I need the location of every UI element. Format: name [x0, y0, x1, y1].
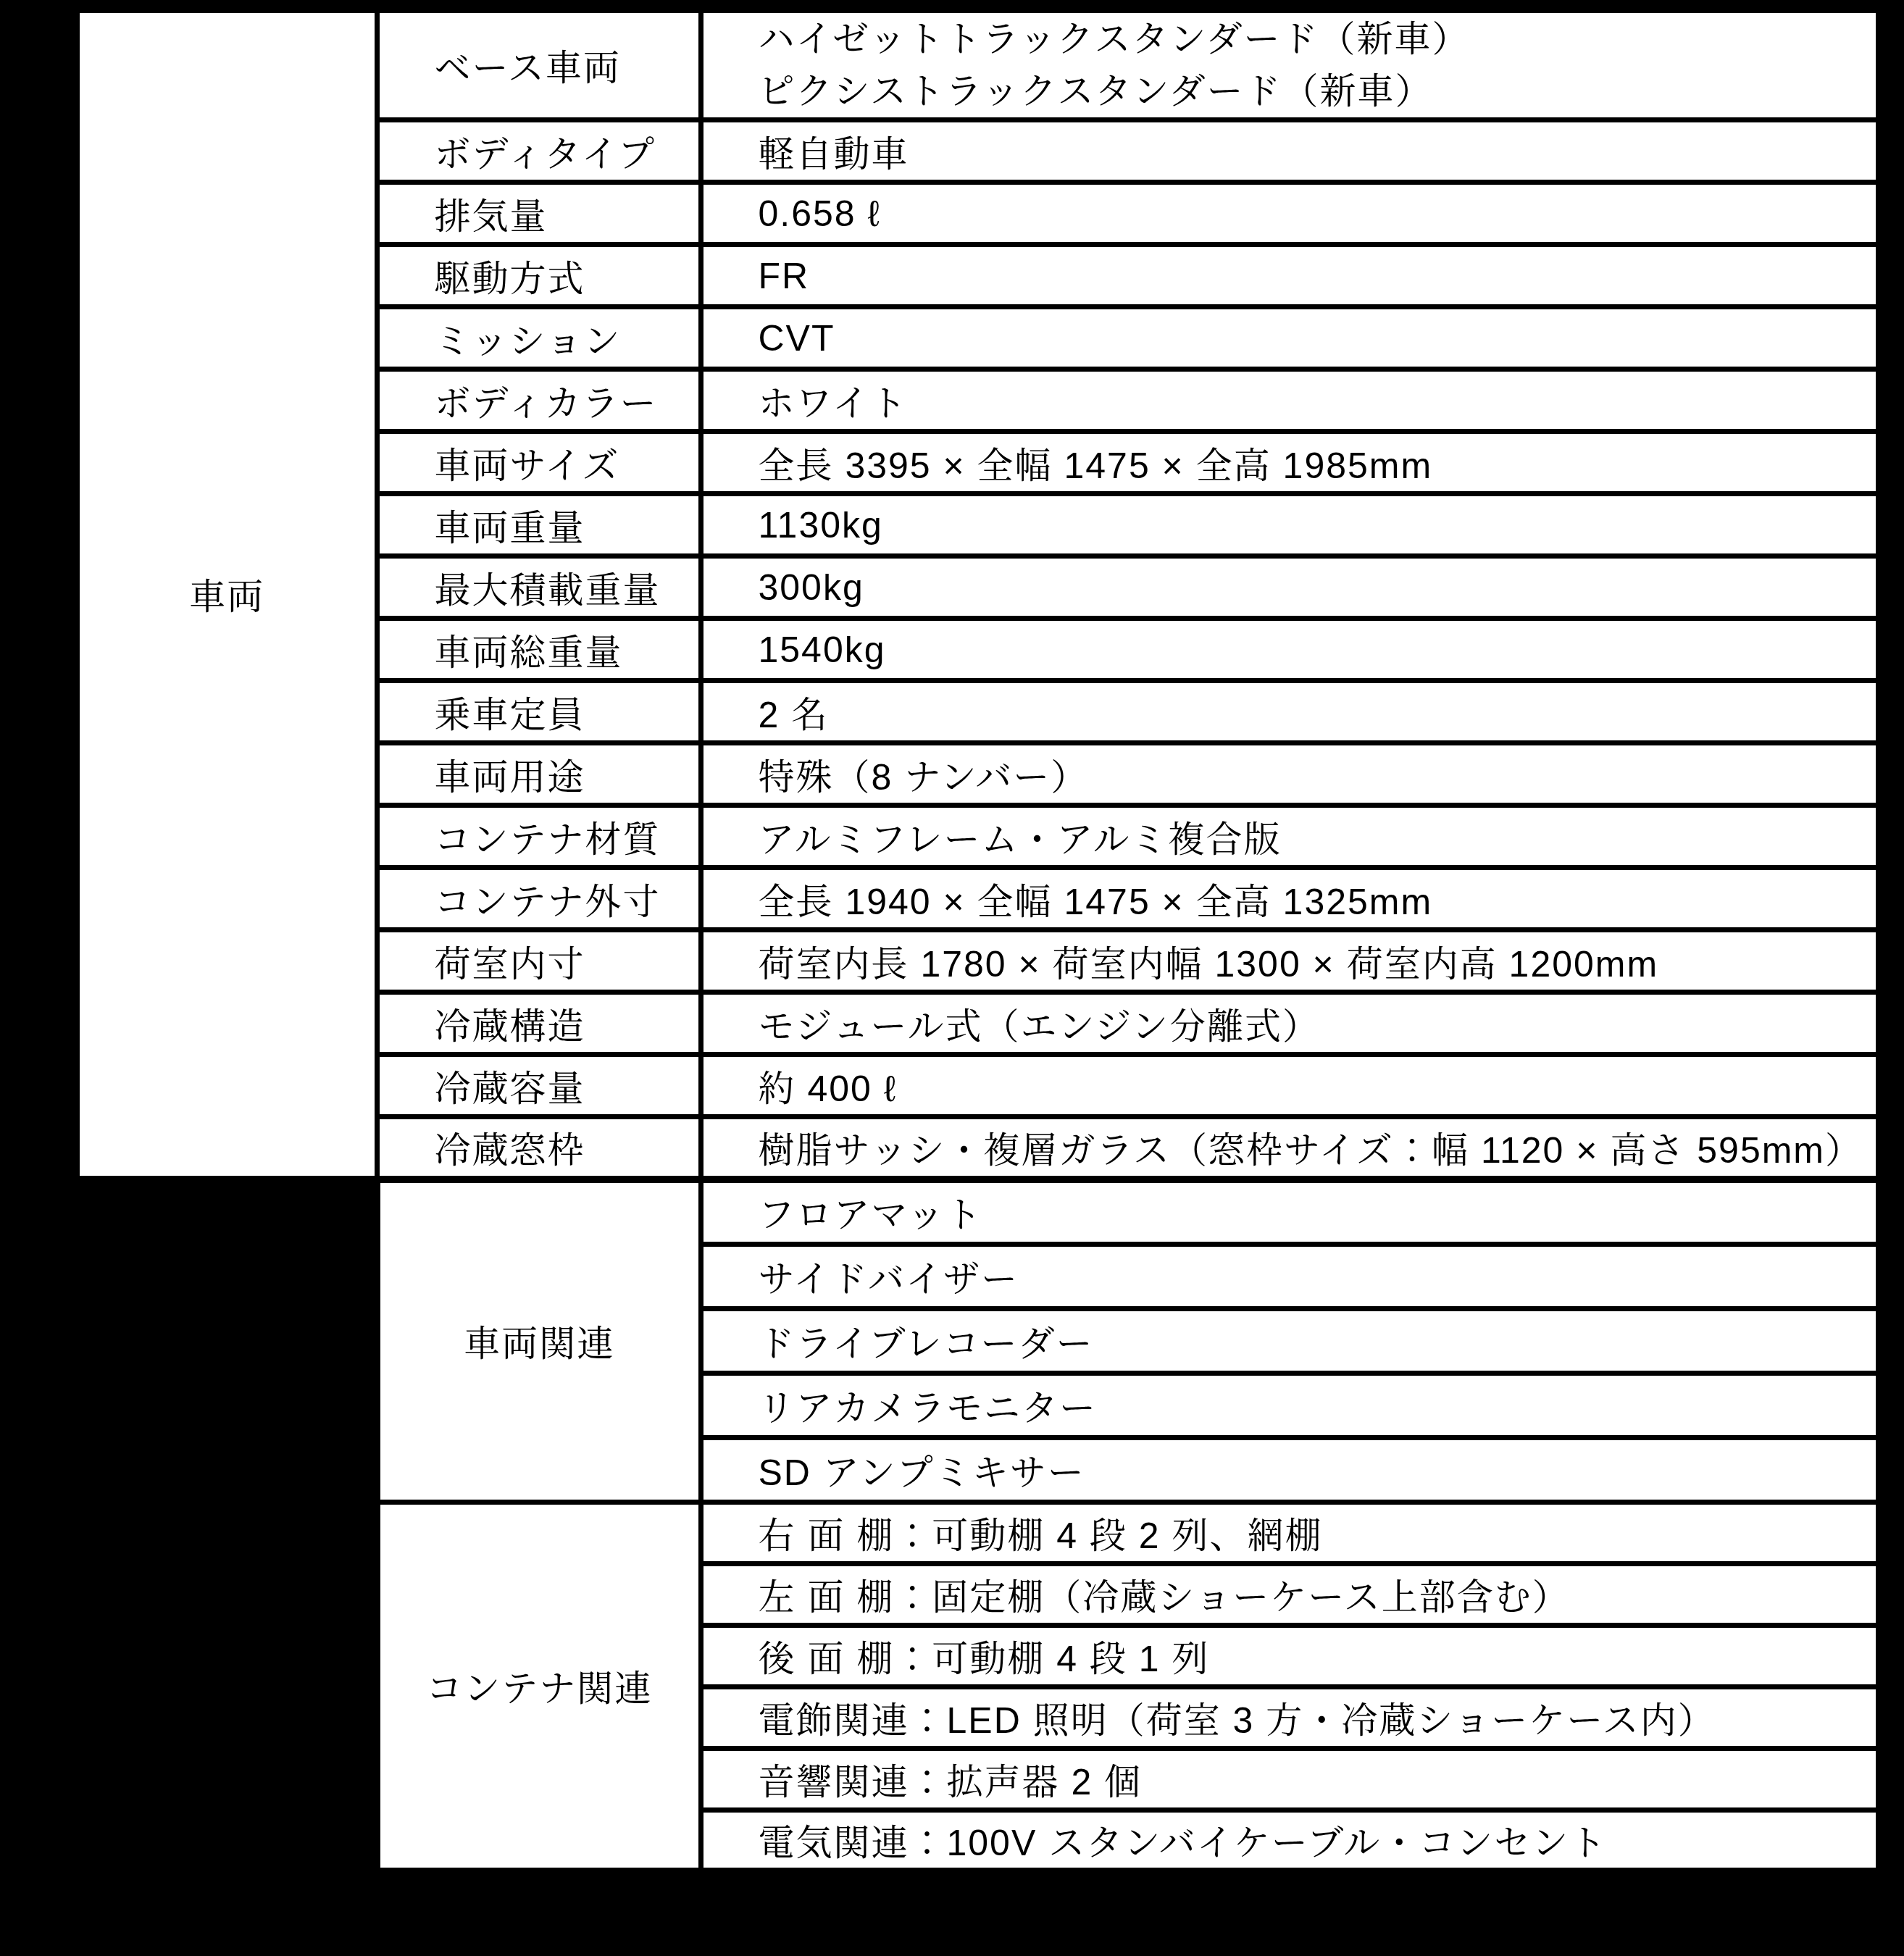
- spec-value-cell: 0.658 ℓ: [701, 183, 1879, 245]
- spec-value-cell: 2 名: [701, 681, 1879, 743]
- spec-value-cell: アルミフレーム・アルミ複合版: [701, 806, 1879, 868]
- vehicle-spec-table: 車両ベース車両ハイゼットトラックスタンダード（新車）ピクシストラックスタンダード…: [72, 6, 1883, 1183]
- spec-label-cell: コンテナ外寸: [377, 868, 701, 930]
- spec-value-cell: FR: [701, 245, 1879, 307]
- equipment-row: コンテナ関連右 面 棚：可動棚 4 段 2 列、網棚: [377, 1502, 1879, 1563]
- equipment-item-cell: 音響関連：拡声器 2 個: [701, 1748, 1879, 1810]
- spec-value-cell: 全長 3395 × 全幅 1475 × 全高 1985mm: [701, 432, 1879, 494]
- spec-value-cell: 樹脂サッシ・複層ガラス（窓枠サイズ：幅 1120 × 高さ 595mm）: [701, 1117, 1879, 1179]
- equipment-group-label-cell: コンテナ関連: [377, 1502, 701, 1871]
- equipment-item-cell: 左 面 棚：固定棚（冷蔵ショーケース上部含む）: [701, 1563, 1879, 1625]
- vehicle-spec-table-body: 車両ベース車両ハイゼットトラックスタンダード（新車）ピクシストラックスタンダード…: [76, 9, 1879, 1179]
- spec-label-cell: コンテナ材質: [377, 806, 701, 868]
- spec-value-cell: 特殊（8 ナンバー）: [701, 743, 1879, 806]
- equipment-item-cell: 右 面 棚：可動棚 4 段 2 列、網棚: [701, 1502, 1879, 1563]
- spec-value-line: ハイゼットトラックスタンダード（新車）: [759, 13, 1868, 65]
- equipment-table-body: 車両関連フロアマットサイドバイザードライブレコーダーリアカメラモニターSD アン…: [377, 1179, 1879, 1871]
- spec-label-cell: 冷蔵容量: [377, 1055, 701, 1117]
- category-cell: 車両: [76, 9, 377, 1179]
- spec-row: 車両ベース車両ハイゼットトラックスタンダード（新車）ピクシストラックスタンダード…: [76, 9, 1879, 120]
- spec-value-cell: 全長 1940 × 全幅 1475 × 全高 1325mm: [701, 868, 1879, 930]
- spec-value-cell: 1130kg: [701, 494, 1879, 556]
- equipment-group-label-cell: 車両関連: [377, 1179, 701, 1502]
- spec-value-cell: 300kg: [701, 556, 1879, 619]
- spec-label-cell: 車両サイズ: [377, 432, 701, 494]
- spec-label-cell: ボディカラー: [377, 369, 701, 432]
- spec-value-cell: 約 400 ℓ: [701, 1055, 1879, 1117]
- spec-value-cell: 1540kg: [701, 619, 1879, 681]
- spec-value-cell: 荷室内長 1780 × 荷室内幅 1300 × 荷室内高 1200mm: [701, 930, 1879, 992]
- spec-value-cell: ホワイト: [701, 369, 1879, 432]
- spec-label-cell: 乗車定員: [377, 681, 701, 743]
- spec-label-cell: 冷蔵窓枠: [377, 1117, 701, 1179]
- equipment-item-cell: 電飾関連：LED 照明（荷室 3 方・冷蔵ショーケース内）: [701, 1687, 1879, 1748]
- spec-value-cell: モジュール式（エンジン分離式）: [701, 992, 1879, 1055]
- spec-value-cell: CVT: [701, 307, 1879, 369]
- spec-sheet-page: 車両ベース車両ハイゼットトラックスタンダード（新車）ピクシストラックスタンダード…: [0, 0, 1904, 1956]
- spec-value-cell: ハイゼットトラックスタンダード（新車）ピクシストラックスタンダード（新車）: [701, 9, 1879, 120]
- spec-label-cell: 冷蔵構造: [377, 992, 701, 1055]
- spec-label-cell: 排気量: [377, 183, 701, 245]
- equipment-item-cell: フロアマット: [701, 1179, 1879, 1244]
- spec-label-cell: 車両総重量: [377, 619, 701, 681]
- equipment-item-cell: サイドバイザー: [701, 1244, 1879, 1308]
- spec-label-cell: ベース車両: [377, 9, 701, 120]
- equipment-table: 車両関連フロアマットサイドバイザードライブレコーダーリアカメラモニターSD アン…: [373, 1176, 1883, 1875]
- equipment-item-cell: SD アンプミキサー: [701, 1437, 1879, 1502]
- equipment-item-cell: 電気関連：100V スタンバイケーブル・コンセント: [701, 1810, 1879, 1871]
- spec-label-cell: 車両重量: [377, 494, 701, 556]
- spec-label-cell: 駆動方式: [377, 245, 701, 307]
- spec-value-line: ピクシストラックスタンダード（新車）: [759, 65, 1868, 117]
- spec-value-cell: 軽自動車: [701, 120, 1879, 183]
- spec-label-cell: ミッション: [377, 307, 701, 369]
- spec-label-cell: 最大積載重量: [377, 556, 701, 619]
- equipment-item-cell: ドライブレコーダー: [701, 1308, 1879, 1373]
- spec-label-cell: 荷室内寸: [377, 930, 701, 992]
- spec-label-cell: ボディタイプ: [377, 120, 701, 183]
- equipment-item-cell: 後 面 棚：可動棚 4 段 1 列: [701, 1625, 1879, 1687]
- spec-label-cell: 車両用途: [377, 743, 701, 806]
- equipment-row: 車両関連フロアマット: [377, 1179, 1879, 1244]
- equipment-item-cell: リアカメラモニター: [701, 1373, 1879, 1437]
